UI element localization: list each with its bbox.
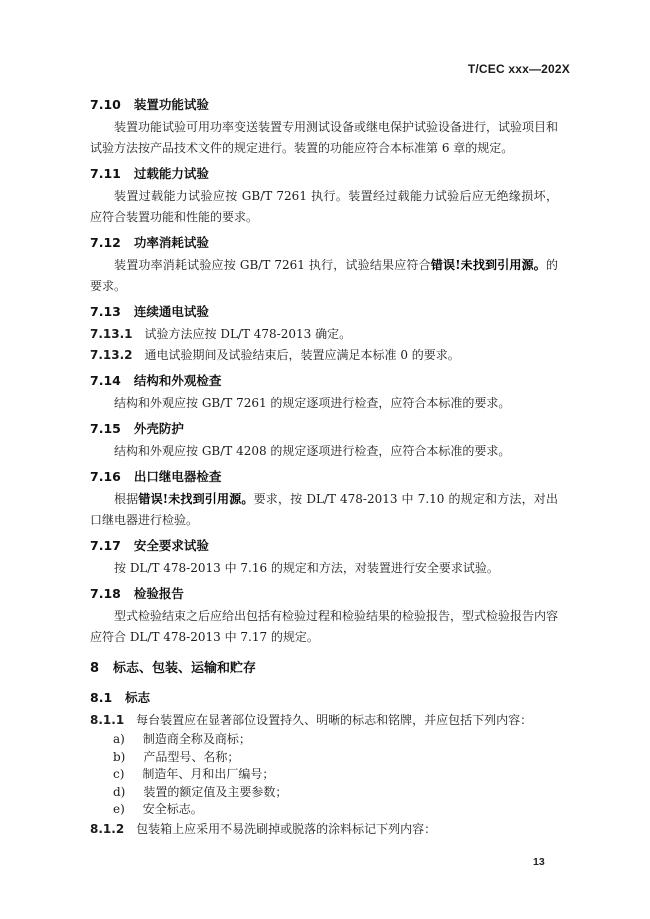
heading-number: 7.17 — [90, 538, 121, 553]
heading-title: 功率消耗试验 — [134, 235, 209, 250]
paragraph-bold-segment: 错误!未找到引用源。 — [431, 258, 546, 272]
heading-title: 标志 — [125, 690, 150, 705]
paragraph-text-segment: 结构和外观应按 GB/T 4208 的规定逐项进行检查，应符合本标准的要求。 — [114, 444, 510, 458]
section-heading-7.16: 7.16出口继电器检查 — [90, 466, 558, 487]
heading-number: 8 — [90, 661, 99, 676]
clause-text-segment: 试验方法应按 DL/T 478-2013 确定。 — [145, 327, 352, 341]
paragraph-text-segment: 结构和外观应按 GB/T 7261 的规定逐项进行检查，应符合本标准的要求。 — [114, 396, 510, 410]
paragraph: 装置功率消耗试验应按 GB/T 7261 执行，试验结果应符合错误!未找到引用源… — [90, 255, 558, 297]
paragraph-text-segment: 根据 — [114, 492, 138, 506]
list-item-b: b)产品型号、名称； — [90, 749, 558, 767]
list-item-c: c)制造年、月和出厂编号； — [90, 766, 558, 784]
list-item-text-segment: 装置的额定值及主要参数； — [143, 785, 287, 799]
heading-title: 过载能力试验 — [134, 166, 209, 181]
heading-title: 装置功能试验 — [134, 97, 209, 112]
clause-8.1.1: 8.1.1每台装置应在显著部位设置持久、明晰的标志和铭牌，并应包括下列内容： — [90, 710, 558, 731]
clause-text-segment: 包装箱上应采用不易洗刷掉或脱落的涂料标记下列内容： — [136, 822, 436, 836]
heading-title: 外壳防护 — [134, 421, 184, 436]
paragraph: 装置功能试验可用功率变送装置专用测试设备或继电保护试验设备进行，试验项目和试验方… — [90, 117, 558, 159]
paragraph: 按 DL/T 478-2013 中 7.16 的规定和方法，对装置进行安全要求试… — [90, 558, 558, 579]
list-item-a: a)制造商全称及商标； — [90, 731, 558, 749]
section-heading-7.10: 7.10装置功能试验 — [90, 94, 558, 115]
heading-number: 8.1 — [90, 690, 112, 705]
list-item-label: e) — [113, 802, 125, 816]
heading-number: 7.11 — [90, 166, 121, 181]
list-item-label: d) — [113, 785, 125, 799]
paragraph: 型式检验结束之后应给出包括有检验过程和检验结果的检验报告，型式检验报告内容应符合… — [90, 606, 558, 648]
page-number: 13 — [533, 856, 545, 868]
clause-7.13.2: 7.13.2通电试验期间及试验结束后，装置应满足本标准 0 的要求。 — [90, 345, 558, 366]
heading-number: 7.12 — [90, 235, 121, 250]
section-heading-7.15: 7.15外壳防护 — [90, 418, 558, 439]
heading-number: 7.13 — [90, 304, 121, 319]
heading-number: 7.16 — [90, 469, 121, 484]
section-heading-8.1: 8.1标志 — [90, 687, 558, 708]
heading-title: 连续通电试验 — [134, 304, 209, 319]
heading-title: 标志、包装、运输和贮存 — [113, 661, 256, 676]
list-item-text-segment: 产品型号、名称； — [143, 750, 239, 764]
section-heading-7.14: 7.14结构和外观检查 — [90, 370, 558, 391]
clause-7.13.1: 7.13.1试验方法应按 DL/T 478-2013 确定。 — [90, 324, 558, 345]
paragraph: 根据错误!未找到引用源。要求，按 DL/T 478-2013 中 7.10 的规… — [90, 489, 558, 531]
clause-8.1.2: 8.1.2包装箱上应采用不易洗刷掉或脱落的涂料标记下列内容： — [90, 819, 558, 840]
paragraph-text-segment: 按 DL/T 478-2013 中 7.16 的规定和方法，对装置进行安全要求试… — [114, 561, 499, 575]
section-heading-7.18: 7.18检验报告 — [90, 583, 558, 604]
paragraph: 装置过载能力试验应按 GB/T 7261 执行。装置经过载能力试验后应无绝缘损坏… — [90, 186, 558, 228]
section-heading-7.11: 7.11过载能力试验 — [90, 163, 558, 184]
heading-number: 7.10 — [90, 97, 121, 112]
section-heading-7.12: 7.12功率消耗试验 — [90, 232, 558, 253]
paragraph-text-segment: 型式检验结束之后应给出包括有检验过程和检验结果的检验报告，型式检验报告内容应符合… — [90, 609, 558, 644]
clause-text-segment: 通电试验期间及试验结束后，装置应满足本标准 0 的要求。 — [145, 348, 460, 362]
list-item-label: c) — [113, 767, 124, 781]
clause-number: 8.1.1 — [90, 713, 124, 727]
clause-number: 7.13.1 — [90, 327, 133, 341]
paragraph-text-segment: 装置过载能力试验应按 GB/T 7261 执行。装置经过载能力试验后应无绝缘损坏… — [90, 189, 558, 224]
list-item-text-segment: 制造年、月和出厂编号； — [142, 767, 274, 781]
list-item-label: a) — [113, 732, 125, 746]
heading-number: 7.15 — [90, 421, 121, 436]
section-heading-8: 8标志、包装、运输和贮存 — [90, 658, 558, 679]
paragraph-bold-segment: 错误!未找到引用源。 — [138, 492, 253, 506]
list-item-e: e)安全标志。 — [90, 801, 558, 819]
section-heading-7.13: 7.13连续通电试验 — [90, 301, 558, 322]
paragraph: 结构和外观应按 GB/T 7261 的规定逐项进行检查，应符合本标准的要求。 — [90, 393, 558, 414]
heading-title: 检验报告 — [134, 586, 184, 601]
heading-title: 结构和外观检查 — [134, 373, 222, 388]
paragraph: 结构和外观应按 GB/T 4208 的规定逐项进行检查，应符合本标准的要求。 — [90, 441, 558, 462]
doc-code-header: T/CEC xxx—202X — [468, 62, 570, 76]
list-item-label: b) — [113, 750, 125, 764]
clause-text-segment: 每台装置应在显著部位设置持久、明晰的标志和铭牌，并应包括下列内容： — [136, 713, 532, 727]
paragraph-text-segment: 装置功率消耗试验应按 GB/T 7261 执行，试验结果应符合 — [114, 258, 431, 272]
heading-title: 出口继电器检查 — [134, 469, 222, 484]
heading-number: 7.14 — [90, 373, 121, 388]
section-heading-7.17: 7.17安全要求试验 — [90, 535, 558, 556]
heading-number: 7.18 — [90, 586, 121, 601]
list-item-text-segment: 制造商全称及商标； — [143, 732, 251, 746]
document-page: T/CEC xxx—202X 7.10装置功能试验装置功能试验可用功率变送装置专… — [0, 0, 650, 919]
list-item-d: d)装置的额定值及主要参数； — [90, 784, 558, 802]
clause-number: 8.1.2 — [90, 822, 124, 836]
document-body: 7.10装置功能试验装置功能试验可用功率变送装置专用测试设备或继电保护试验设备进… — [90, 90, 558, 840]
paragraph-text-segment: 装置功能试验可用功率变送装置专用测试设备或继电保护试验设备进行，试验项目和试验方… — [90, 120, 558, 155]
heading-title: 安全要求试验 — [134, 538, 209, 553]
list-item-text-segment: 安全标志。 — [143, 802, 203, 816]
clause-number: 7.13.2 — [90, 348, 133, 362]
